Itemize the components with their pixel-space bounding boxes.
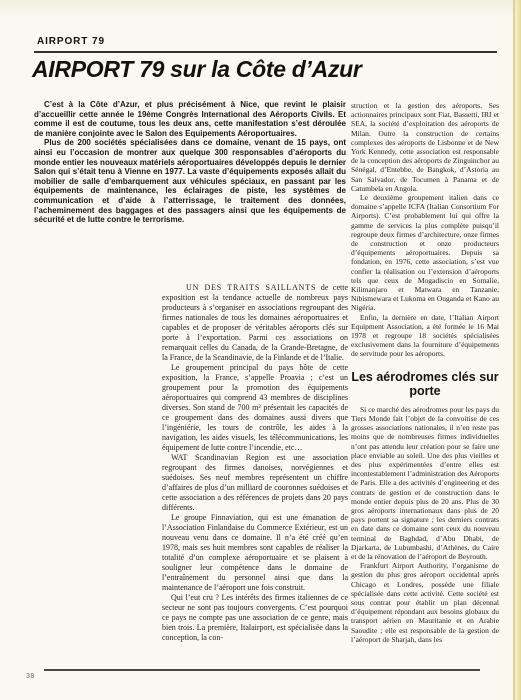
body-paragraph: struction et la gestion des aéroports. S… [351, 101, 499, 193]
page-number: 38 [26, 673, 35, 680]
body-paragraph: Le deuxième groupement italien dans ce d… [351, 193, 499, 313]
body-paragraph: Le groupement principal du pays hôte de … [162, 363, 348, 453]
header-rule [34, 51, 497, 53]
body-paragraph: Qui l’eut cru ? Les intérêts des firmes … [162, 593, 348, 643]
intro-paragraph: C’est à la Côte d’Azur, et plus précisém… [34, 100, 346, 138]
body-column-left: UN DES TRAITS SAILLANTS de cette exposit… [162, 283, 348, 665]
body-column-right: struction et la gestion des aéroports. S… [351, 101, 499, 667]
body-paragraph: UN DES TRAITS SAILLANTS de cette exposit… [162, 283, 348, 363]
intro-paragraph: Plus de 200 sociétés spécialisées dans c… [34, 138, 346, 224]
running-header: AIRPORT 79 [37, 36, 105, 47]
lead-in-rest: de cette exposition est la tendance actu… [162, 283, 348, 362]
body-paragraph: Le groupe Finnaviation, qui est une éman… [162, 513, 348, 593]
section-heading: Les aérodromes clés sur porte [351, 370, 499, 398]
article-title: AIRPORT 79 sur la Côte d’Azur [32, 56, 362, 83]
intro-block: C’est à la Côte d’Azur, et plus précisém… [34, 100, 346, 225]
page-edge-line [513, 0, 515, 700]
body-paragraph: Si ce marché des aérodromes pour les pay… [351, 405, 499, 561]
footer-rule [44, 669, 480, 671]
lead-in-caps: UN DES TRAITS SAILLANTS [186, 283, 316, 292]
magazine-page: AIRPORT 79 AIRPORT 79 sur la Côte d’Azur… [0, 0, 521, 700]
body-paragraph: WAT Scandinavian Region est une associat… [162, 453, 348, 513]
body-paragraph: Frankfurt Airport Authority, l’organisme… [351, 561, 499, 644]
body-paragraph: Enfin, la dernière en date, l’Italian Ai… [351, 313, 499, 359]
